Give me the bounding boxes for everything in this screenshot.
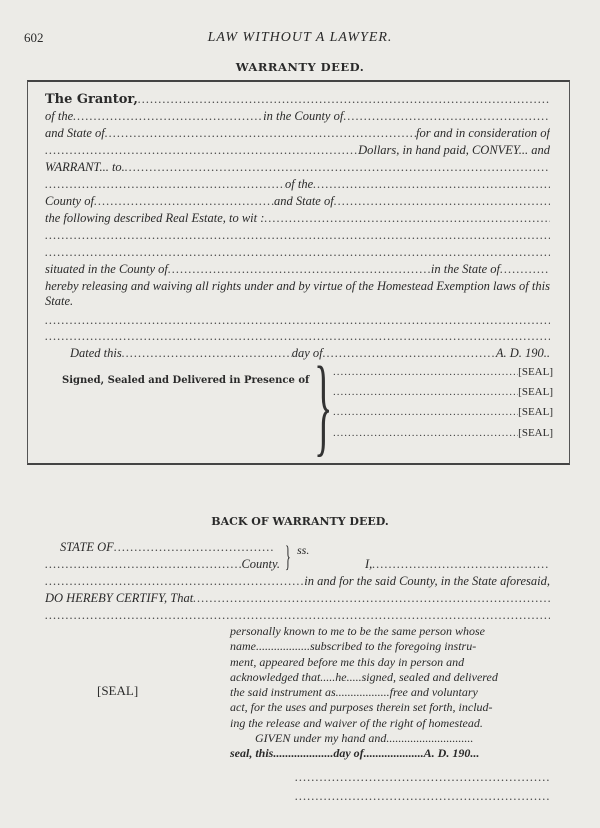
state-consideration-line[interactable]: and State of for and in consideration of	[45, 126, 550, 143]
real-estate-line[interactable]: the following described Real Estate, to …	[45, 211, 550, 228]
field-label: STATE OF	[60, 540, 114, 555]
back-title: BACK OF WARRANTY DEED.	[0, 515, 600, 528]
running-head: LAW WITHOUT A LAWYER.	[0, 30, 600, 46]
description-line-2[interactable]	[45, 245, 550, 262]
field-label: in the County of	[263, 109, 343, 124]
release-text: hereby releasing and waiving all rights …	[45, 279, 550, 309]
ss-label: ss.	[297, 543, 309, 558]
brace-icon: }	[314, 350, 332, 460]
seal-label: [SEAL]	[518, 386, 553, 398]
field-label: and State of	[45, 126, 105, 141]
field-label: the following described Real Estate, to …	[45, 211, 264, 226]
certificate-text: personally known to me to be the same pe…	[230, 624, 550, 762]
signed-sealed-label: Signed, Sealed and Delivered in Presence…	[62, 375, 309, 386]
state-of-line[interactable]: STATE OF	[60, 540, 275, 557]
situated-line[interactable]: situated in the County of in the State o…	[45, 262, 550, 279]
field-label: County.	[241, 557, 280, 572]
signature-line-2[interactable]: [SEAL]	[333, 386, 553, 402]
field-label: WARRANT... to.	[45, 160, 125, 175]
signature-line-1[interactable]: [SEAL]	[333, 366, 553, 382]
signature-line-officer-2[interactable]	[295, 789, 550, 806]
warrant-line[interactable]: WARRANT... to.	[45, 160, 550, 177]
of-the-line[interactable]: of the in the County of	[45, 109, 550, 126]
field-label: A. D. 190..	[496, 346, 550, 361]
grantee-of-the-line[interactable]: of the	[45, 177, 550, 194]
description-line-1[interactable]	[45, 228, 550, 245]
certify-line[interactable]: DO HEREBY CERTIFY, That	[45, 591, 550, 608]
seal-label: [SEAL]	[518, 366, 553, 378]
field-label: in the State of	[431, 262, 500, 277]
signature-line-4[interactable]: [SEAL]	[333, 427, 553, 443]
field-label: of the	[285, 177, 313, 192]
signature-line-officer-1[interactable]	[295, 770, 550, 787]
aforesaid-line[interactable]: in and for the said County, in the State…	[45, 574, 550, 591]
signature-line-3[interactable]: [SEAL]	[333, 406, 553, 422]
county-state-line[interactable]: County of and State of	[45, 194, 550, 211]
dollars-line[interactable]: Dollars, in hand paid, CONVEY... and	[45, 143, 550, 160]
field-label: Dollars, in hand paid, CONVEY... and	[358, 143, 550, 158]
field-label: DO HEREBY CERTIFY, That	[45, 591, 193, 606]
dated-line[interactable]: Dated this day of A. D. 190..	[70, 346, 550, 363]
field-label: I,	[365, 557, 372, 572]
blank-line-1[interactable]	[45, 313, 550, 330]
grantor-line[interactable]: The Grantor,	[45, 92, 550, 109]
field-label: situated in the County of	[45, 262, 168, 277]
field-label: in and for the said County, in the State…	[304, 574, 550, 589]
seal-label: [SEAL]	[97, 683, 138, 699]
page-title: WARRANTY DEED.	[0, 60, 600, 74]
seal-label: [SEAL]	[518, 427, 553, 439]
seal-label: [SEAL]	[518, 406, 553, 418]
field-label: Dated this	[70, 346, 122, 361]
grantor-label: The Grantor,	[45, 92, 138, 107]
blank-line-2[interactable]	[45, 329, 550, 346]
brace-icon: }	[285, 540, 291, 574]
field-label: and State of	[274, 194, 334, 209]
field-label: County of	[45, 194, 94, 209]
field-label: of the	[45, 109, 73, 124]
officer-name-line[interactable]: I,	[365, 557, 550, 574]
field-label: for and in consideration of	[416, 126, 550, 141]
certify-name-line[interactable]	[45, 608, 550, 625]
county-line[interactable]: County.	[45, 557, 280, 574]
